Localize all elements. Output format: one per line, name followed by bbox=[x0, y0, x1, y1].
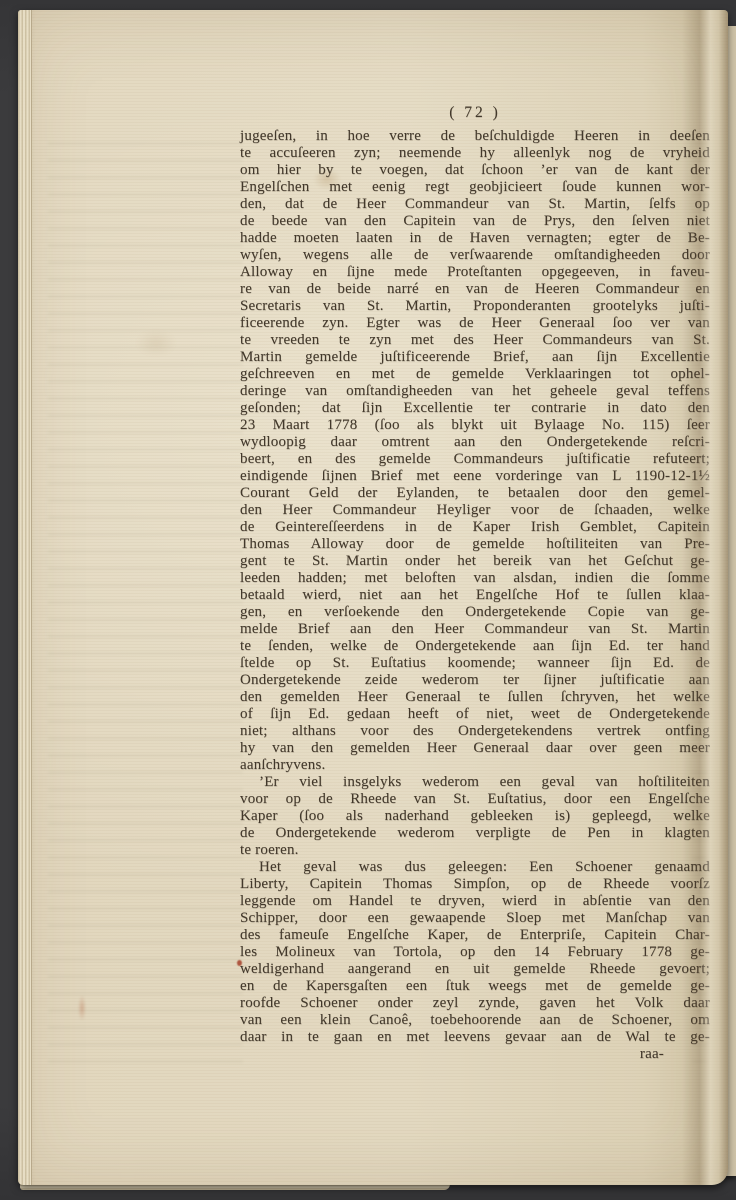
text-line: geſonden; dat ſijn Excellentie ter contr… bbox=[240, 400, 710, 417]
catchword: raa- bbox=[240, 1046, 710, 1063]
text-line: leeden hadden; met beloften van alsdan, … bbox=[240, 570, 710, 587]
scan-background: ( 72 ) jugeeſen, in hoe verre de beſchul… bbox=[0, 0, 736, 1200]
margin-smudge bbox=[78, 995, 86, 1021]
text-line: van een klein Canoê, toebehoorende aan d… bbox=[240, 1012, 710, 1029]
book-page: ( 72 ) jugeeſen, in hoe verre de beſchul… bbox=[18, 10, 728, 1185]
paragraph-schooner-liberty: Het geval was dus geleegen: Een Schoener… bbox=[240, 859, 710, 1046]
text-line: de beede van den Capitein van de Prys, d… bbox=[240, 213, 710, 230]
text-line: geſchreeven en met de gemelde Verklaarin… bbox=[240, 366, 710, 383]
text-column: ( 72 ) jugeeſen, in hoe verre de beſchul… bbox=[240, 104, 710, 1063]
text-line: re van de beide narré en van de Heeren C… bbox=[240, 281, 710, 298]
text-line: gen, en verſoekende den Ondergetekende C… bbox=[240, 604, 710, 621]
text-line: de Ondergetekende wederom verpligte de P… bbox=[240, 825, 710, 842]
text-line: ’Er viel insgelyks wederom een geval van… bbox=[240, 774, 710, 791]
text-line: te roeren. bbox=[240, 842, 710, 859]
text-line: 23 Maart 1778 (ſoo als blykt uit Bylaage… bbox=[240, 417, 710, 434]
text-line: hy van den gemelden Heer Generaal daar o… bbox=[240, 740, 710, 757]
text-line: niet; althans voor des Ondergetekendens … bbox=[240, 723, 710, 740]
text-line: jugeeſen, in hoe verre de beſchuldigde H… bbox=[240, 128, 710, 145]
text-line: eindigende ſijnen Brief met eene vorderi… bbox=[240, 468, 710, 485]
text-line: Martin gemelde juſtificeerende Brief, aa… bbox=[240, 349, 710, 366]
text-line: te vreeden te zyn met des Heer Commandeu… bbox=[240, 332, 710, 349]
text-line: daar in te gaan en met leevens gevaar aa… bbox=[240, 1029, 710, 1046]
text-line: den gemelden Heer Generaal te ſullen ſch… bbox=[240, 689, 710, 706]
text-line: Thomas Alloway door de gemelde hoſtilite… bbox=[240, 536, 710, 553]
paragraph-continuation: jugeeſen, in hoe verre de beſchuldigde H… bbox=[240, 128, 710, 774]
verso-show-through bbox=[48, 128, 243, 1063]
text-line: wyſen, wegens alle de verſwaarende omſta… bbox=[240, 247, 710, 264]
left-page-edges bbox=[18, 10, 32, 1185]
text-line: ficeerende zyn. Egter was de Heer Genera… bbox=[240, 315, 710, 332]
text-line: Engelſchen met eenig regt geobjicieert ſ… bbox=[240, 179, 710, 196]
text-line: deringe van omſtandigheeden van het gehe… bbox=[240, 383, 710, 400]
text-line: den, dat de Heer Commandeur van St. Mart… bbox=[240, 196, 710, 213]
paragraph-hostilities: ’Er viel insgelyks wederom een geval van… bbox=[240, 774, 710, 859]
text-line: of ſijn Ed. gedaan heeft of niet, weet d… bbox=[240, 706, 710, 723]
text-line: om hier by te voegen, dat ſchoon ’er van… bbox=[240, 162, 710, 179]
text-line: Schipper, door een gewaapende Sloep met … bbox=[240, 910, 710, 927]
text-line: Ondergetekende zeide wederom ter ſijner … bbox=[240, 672, 710, 689]
text-line: te ſenden, welke de Ondergetekende aan ſ… bbox=[240, 638, 710, 655]
text-line: betaald wierd, niet aan het Engelſche Ho… bbox=[240, 587, 710, 604]
text-line: den Heer Commandeur Heyliger voor de ſch… bbox=[240, 502, 710, 519]
text-line: en de Kapersgaſten een ſtuk weegs met de… bbox=[240, 978, 710, 995]
text-line: roofde Schoener onder zeyl zynde, gaven … bbox=[240, 995, 710, 1012]
text-line: beert, en des gemelde Commandeurs juſtif… bbox=[240, 451, 710, 468]
text-line: wydloopig daar omtrent aan den Ondergete… bbox=[240, 434, 710, 451]
text-line: des fameuſe Engelſche Kaper, de Enterpri… bbox=[240, 927, 710, 944]
text-line: melde Brief aan den Heer Commandeur van … bbox=[240, 621, 710, 638]
text-line: Kaper (ſoo als naderhand gebleeken is) g… bbox=[240, 808, 710, 825]
text-line: aanſchryvens. bbox=[240, 757, 710, 774]
text-line: de Geintereſſeerdens in de Kaper Irish G… bbox=[240, 519, 710, 536]
text-line: les Molineux van Tortola, op den 14 Febr… bbox=[240, 944, 710, 961]
text-line: Het geval was dus geleegen: Een Schoener… bbox=[240, 859, 710, 876]
text-line: voor op de Rheede van St. Euſtatius, doo… bbox=[240, 791, 710, 808]
text-line: Liberty, Capitein Thomas Simpſon, op de … bbox=[240, 876, 710, 893]
text-line: weldigerhand aangerand en uit gemelde Rh… bbox=[240, 961, 710, 978]
text-line: te accuſeeren zyn; neemende hy alleenlyk… bbox=[240, 145, 710, 162]
text-line: gent te St. Martin onder het bereik van … bbox=[240, 553, 710, 570]
text-line: ſtelde op St. Euſtatius koomende; wannee… bbox=[240, 655, 710, 672]
text-line: Alloway en ſijne mede Proteſtanten opgeg… bbox=[240, 264, 710, 281]
text-line: hadde moeten laaten in de Haven vernagte… bbox=[240, 230, 710, 247]
text-line: Secretaris van St. Martin, Proponderante… bbox=[240, 298, 710, 315]
paper-stain bbox=[136, 330, 176, 356]
page-number: ( 72 ) bbox=[240, 104, 710, 121]
text-line: leggende om Handel te dryven, wierd in a… bbox=[240, 893, 710, 910]
text-line: Courant Geld der Eylanden, te betaalen d… bbox=[240, 485, 710, 502]
